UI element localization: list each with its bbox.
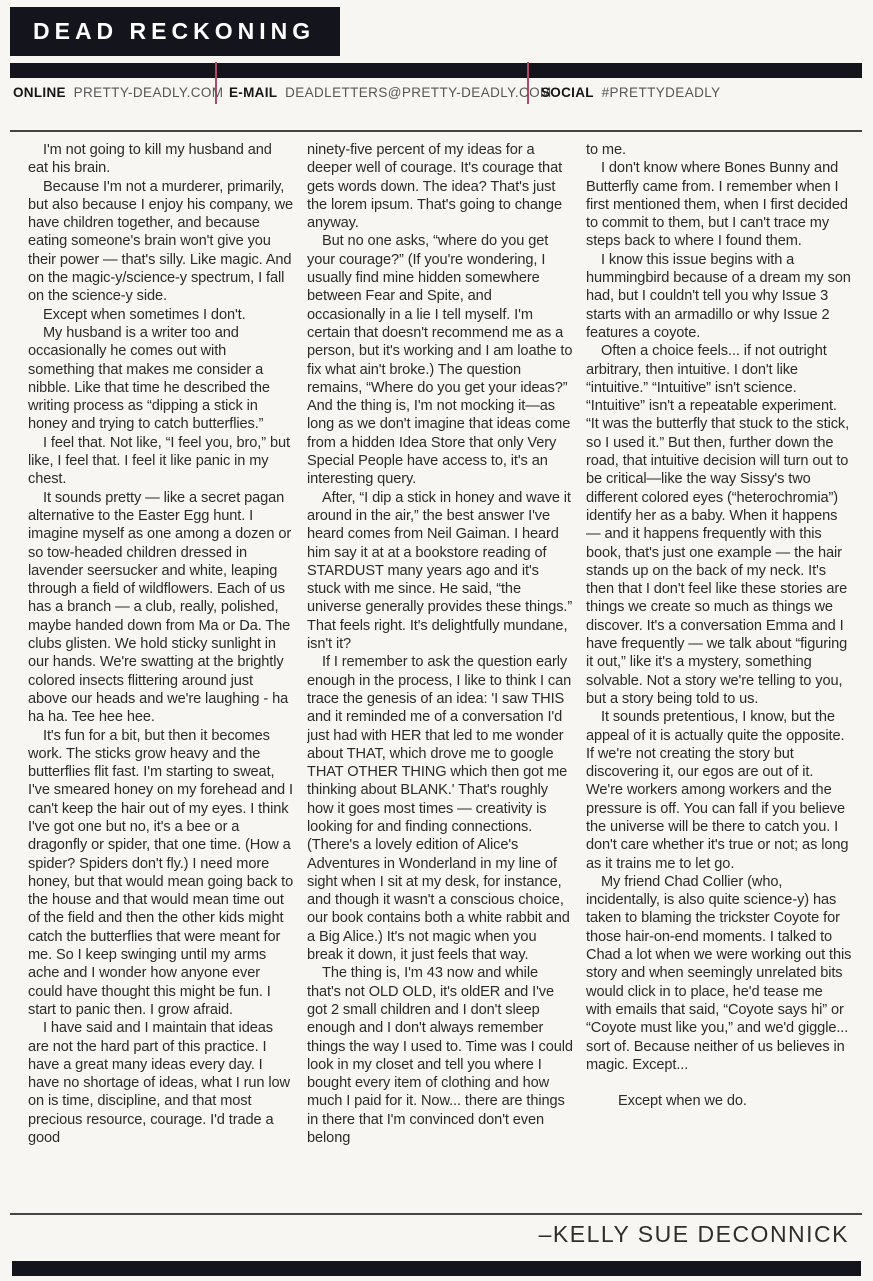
article-column-1: I'm not going to kill my husband and eat…	[28, 141, 294, 1209]
paragraph: It's fun for a bit, but then it becomes …	[28, 727, 294, 1020]
footer-black-bar	[12, 1261, 861, 1276]
masthead-title-box: DEAD RECKONING	[10, 7, 340, 56]
paragraph: It sounds pretty — like a secret pagan a…	[28, 489, 294, 727]
contact-social-value: #PRETTYDEADLY	[602, 85, 721, 100]
bottom-rule	[10, 1213, 862, 1215]
contact-online: ONLINE PRETTY-DEADLY.COM	[13, 85, 223, 100]
paragraph: I'm not going to kill my husband and eat…	[28, 141, 294, 178]
letters-page: DEAD RECKONING ONLINE PRETTY-DEADLY.COM …	[0, 0, 873, 1281]
contact-online-label: ONLINE	[13, 85, 66, 100]
paragraph: I know this issue begins with a hummingb…	[586, 251, 852, 342]
contact-email: E-MAIL DEADLETTERS@PRETTY-DEADLY.COM	[229, 85, 552, 100]
contact-social: SOCIAL #PRETTYDEADLY	[541, 85, 721, 100]
paragraph: Except when sometimes I don't.	[28, 306, 294, 324]
paragraph: I have said and I maintain that ideas ar…	[28, 1019, 294, 1147]
paragraph: After, “I dip a stick in honey and wave …	[307, 489, 573, 654]
author-signature: –KELLY SUE DECONNICK	[539, 1221, 849, 1248]
top-rule	[10, 130, 862, 132]
page-title: DEAD RECKONING	[33, 18, 315, 45]
contact-online-value: PRETTY-DEADLY.COM	[74, 85, 224, 100]
paragraph: If I remember to ask the question early …	[307, 653, 573, 964]
contact-bar: ONLINE PRETTY-DEADLY.COM E-MAIL DEADLETT…	[10, 83, 862, 105]
article-column-3: to me. I don't know where Bones Bunny an…	[586, 141, 852, 1209]
paragraph: ninety-five percent of my ideas for a de…	[307, 141, 573, 232]
paragraph: I feel that. Not like, “I feel you, bro,…	[28, 434, 294, 489]
paragraph: to me.	[586, 141, 852, 159]
paragraph: Often a choice feels... if not outright …	[586, 342, 852, 708]
contact-social-label: SOCIAL	[541, 85, 594, 100]
contact-email-value: DEADLETTERS@PRETTY-DEADLY.COM	[285, 85, 552, 100]
closing-line: Except when we do.	[586, 1092, 852, 1110]
paragraph: My friend Chad Collier (who, incidentall…	[586, 873, 852, 1074]
article-column-2: ninety-five percent of my ideas for a de…	[307, 141, 573, 1209]
paragraph: Because I'm not a murderer, primarily, b…	[28, 178, 294, 306]
article-body: I'm not going to kill my husband and eat…	[28, 141, 852, 1209]
paragraph: But no one asks, “where do you get your …	[307, 232, 573, 488]
header-black-bar	[10, 63, 862, 78]
contact-email-label: E-MAIL	[229, 85, 277, 100]
paragraph: I don't know where Bones Bunny and Butte…	[586, 159, 852, 250]
paragraph: My husband is a writer too and occasiona…	[28, 324, 294, 434]
paragraph: It sounds pretentious, I know, but the a…	[586, 708, 852, 873]
paragraph: The thing is, I'm 43 now and while that'…	[307, 964, 573, 1147]
